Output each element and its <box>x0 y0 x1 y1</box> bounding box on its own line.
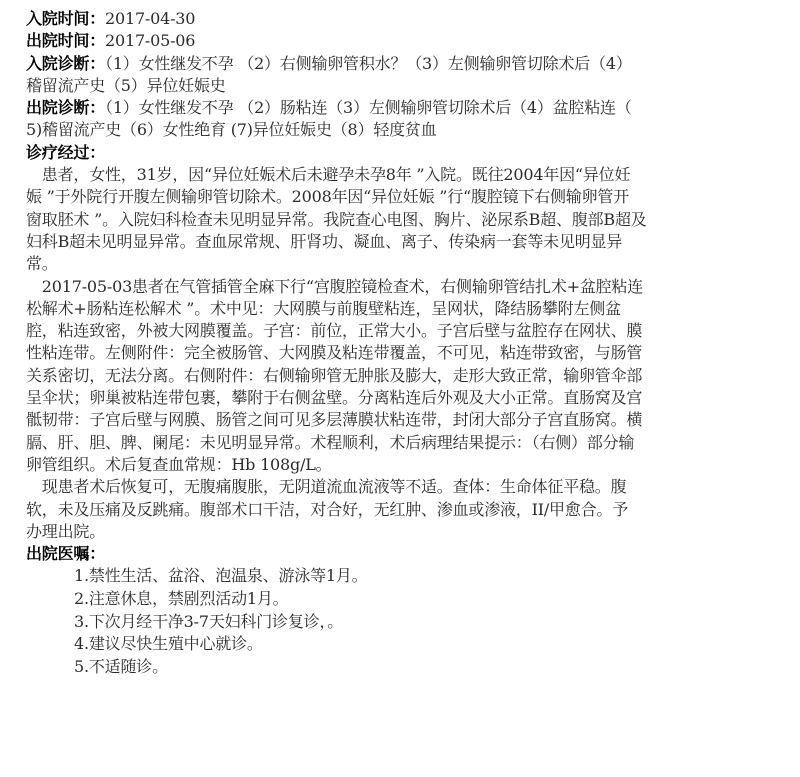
paragraph-line: 呈伞状；卵巢被粘连带包裹，攀附于右侧盆壁。分离粘连后外观及大小正常。直肠窝及宫 <box>26 387 788 409</box>
order-item: 2.注意休息，禁剧烈活动1月。 <box>74 588 788 611</box>
paragraph-line: 窗取胚术 ”。入院妇科检查未见明显异常。我院查心电图、胸片、泌尿系B超、腹部B超… <box>26 209 788 231</box>
order-item: 1.禁性生活、盆浴、泡温泉、游泳等1月。 <box>74 565 788 588</box>
discharge-orders-label: 出院医嘱： <box>26 544 105 563</box>
discharge-diagnosis-line: （1）女性继发不孕 （2）肠粘连（3）左侧输卵管切除术后（4）盆腔粘连（ <box>105 98 632 117</box>
paragraph-line: 办理出院。 <box>26 521 788 543</box>
admission-diagnosis-label: 入院诊断： <box>26 54 105 73</box>
paragraph-line: 性粘连带。左侧附件：完全被肠管、大网膜及粘连带覆盖，不可见，粘连带致密，与肠管 <box>26 342 788 364</box>
discharge-diagnosis-line: 5)稽留流产史（6）女性绝育 (7)异位妊娠史（8）轻度贫血 <box>26 119 788 141</box>
discharge-summary-document: 入院时间：2017-04-30 出院时间：2017-05-06 入院诊断：（1）… <box>26 8 788 678</box>
treatment-course-label: 诊疗经过： <box>26 143 105 162</box>
admission-time-label: 入院时间： <box>26 9 105 28</box>
discharge-time-label: 出院时间： <box>26 31 105 50</box>
paragraph-line: 患者，女性，31岁，因“异位妊娠术后未避孕未孕8年 ”入院。既往2004年因“异… <box>26 164 788 186</box>
discharge-diagnosis-section: 出院诊断：（1）女性继发不孕 （2）肠粘连（3）左侧输卵管切除术后（4）盆腔粘连… <box>26 97 788 142</box>
admission-time-value: 2017-04-30 <box>105 9 195 28</box>
paragraph-line: 关系密切，无法分离。右侧附件：右侧输卵管无肿胀及膨大，走形大致正常，输卵管伞部 <box>26 365 788 387</box>
admission-time-row: 入院时间：2017-04-30 <box>26 8 788 30</box>
paragraph-line: 现患者术后恢复可，无腹痛腹胀，无阴道流血流液等不适。查体：生命体征平稳。腹 <box>26 476 788 498</box>
discharge-orders-section: 出院医嘱： 1.禁性生活、盆浴、泡温泉、游泳等1月。 2.注意休息，禁剧烈活动1… <box>26 543 788 678</box>
order-item: 4.建议尽快生殖中心就诊。 <box>74 633 788 656</box>
paragraph-line: 软，未及压痛及反跳痛。腹部术口干洁，对合好，无红肿、渗血或渗液，II/甲愈合。予 <box>26 499 788 521</box>
treatment-course-section: 诊疗经过： 患者，女性，31岁，因“异位妊娠术后未避孕未孕8年 ”入院。既往20… <box>26 142 788 543</box>
order-item: 3.下次月经干净3-7天妇科门诊复诊，。 <box>74 611 788 634</box>
admission-diagnosis-section: 入院诊断：（1）女性继发不孕 （2）右侧输卵管积水？（3）左侧输卵管切除术后（4… <box>26 53 788 98</box>
paragraph-line: 娠 ”于外院行开腹左侧输卵管切除术。2008年因“异位妊娠 ”行“腹腔镜下右侧输… <box>26 186 788 208</box>
paragraph-line: 常。 <box>26 253 788 275</box>
paragraph-line: 骶韧带：子宫后壁与网膜、肠管之间可见多层薄膜状粘连带，封闭大部分子宫直肠窝。横 <box>26 409 788 431</box>
discharge-diagnosis-label: 出院诊断： <box>26 98 105 117</box>
discharge-orders-list: 1.禁性生活、盆浴、泡温泉、游泳等1月。 2.注意休息，禁剧烈活动1月。 3.下… <box>26 565 788 678</box>
paragraph-line: 膈、肝、胆、脾、阑尾：未见明显异常。术程顺利，术后病理结果提示：（右侧）部分输 <box>26 432 788 454</box>
paragraph-line: 松解术+肠粘连松解术 ”。术中见：大网膜与前腹壁粘连，呈网状，降结肠攀附左侧盆 <box>26 298 788 320</box>
paragraph-line: 妇科B超未见明显异常。查血尿常规、肝肾功、凝血、离子、传染病一套等未见明显异 <box>26 231 788 253</box>
paragraph-line: 卵管组织。术后复查血常规：Hb 108g/L。 <box>26 454 788 476</box>
paragraph-line: 腔，粘连致密，外被大网膜覆盖。子宫：前位，正常大小。子宫后壁与盆腔存在网状、膜 <box>26 320 788 342</box>
course-paragraph-1: 患者，女性，31岁，因“异位妊娠术后未避孕未孕8年 ”入院。既往2004年因“异… <box>26 164 788 275</box>
paragraph-line: 2017-05-03患者在气管插管全麻下行“宫腹腔镜检查术，右侧输卵管结扎术+盆… <box>26 276 788 298</box>
course-paragraph-3: 现患者术后恢复可，无腹痛腹胀，无阴道流血流液等不适。查体：生命体征平稳。腹 软，… <box>26 476 788 543</box>
order-item: 5.不适随诊。 <box>74 656 788 679</box>
discharge-time-value: 2017-05-06 <box>105 31 195 50</box>
admission-diagnosis-line: 稽留流产史（5）异位妊娠史 <box>26 75 788 97</box>
discharge-time-row: 出院时间：2017-05-06 <box>26 30 788 52</box>
course-paragraph-2: 2017-05-03患者在气管插管全麻下行“宫腹腔镜检查术，右侧输卵管结扎术+盆… <box>26 276 788 477</box>
admission-diagnosis-line: （1）女性继发不孕 （2）右侧输卵管积水？（3）左侧输卵管切除术后（4） <box>105 54 632 73</box>
